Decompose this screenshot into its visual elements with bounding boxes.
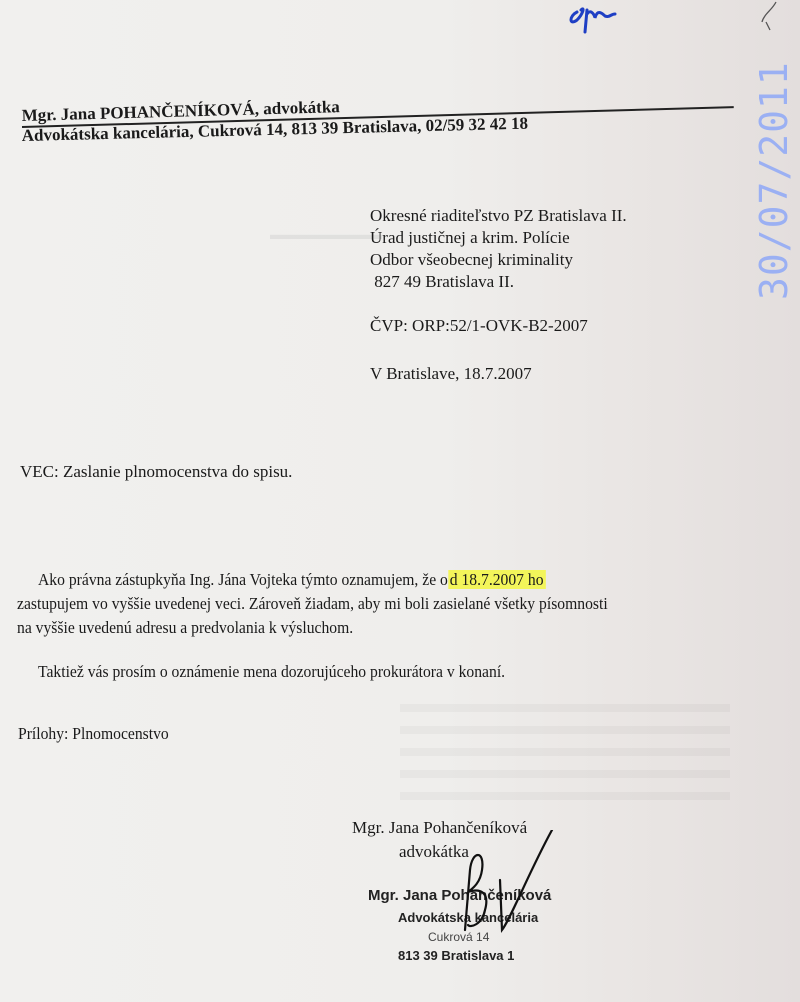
body-paragraph-2: Taktiež vás prosím o oznámenie mena dozo…	[38, 660, 505, 684]
subject-line: VEC: Zaslanie plnomocenstva do spisu.	[20, 462, 292, 482]
recipient-line: Úrad justičnej a krim. Polície	[370, 227, 570, 249]
bleed-through-text	[400, 690, 730, 800]
date-stamp: 30/07/2011	[752, 61, 796, 300]
handwritten-signature	[440, 830, 560, 940]
highlighted-date: d 18.7.2007 ho	[448, 570, 546, 589]
recipient-line: Odbor všeobecnej kriminality	[370, 249, 573, 271]
pencil-mark	[756, 0, 796, 36]
recipient-line: 827 49 Bratislava II.	[370, 271, 514, 293]
bleed-through-text: ▬▬▬▬▬▬▬▬	[270, 228, 382, 244]
handwritten-initials	[565, 2, 645, 36]
recipient-line: Okresné riaditeľstvo PZ Bratislava II.	[370, 205, 627, 227]
attachments-line: Prílohy: Plnomocenstvo	[18, 722, 169, 746]
stamp-line: 813 39 Bratislava 1	[398, 948, 514, 963]
body-paragraph-1-line-3: na vyššie uvedenú adresu a predvolania k…	[17, 616, 353, 640]
reference-number: ČVP: ORP:52/1-OVK-B2-2007	[370, 315, 588, 337]
body-paragraph-1: Ako právna zástupkyňa Ing. Jána Vojteka …	[38, 568, 545, 592]
place-date: V Bratislave, 18.7.2007	[370, 363, 532, 385]
body-paragraph-1-line-2: zastupujem vo vyššie uvedenej veci. Záro…	[17, 592, 608, 616]
